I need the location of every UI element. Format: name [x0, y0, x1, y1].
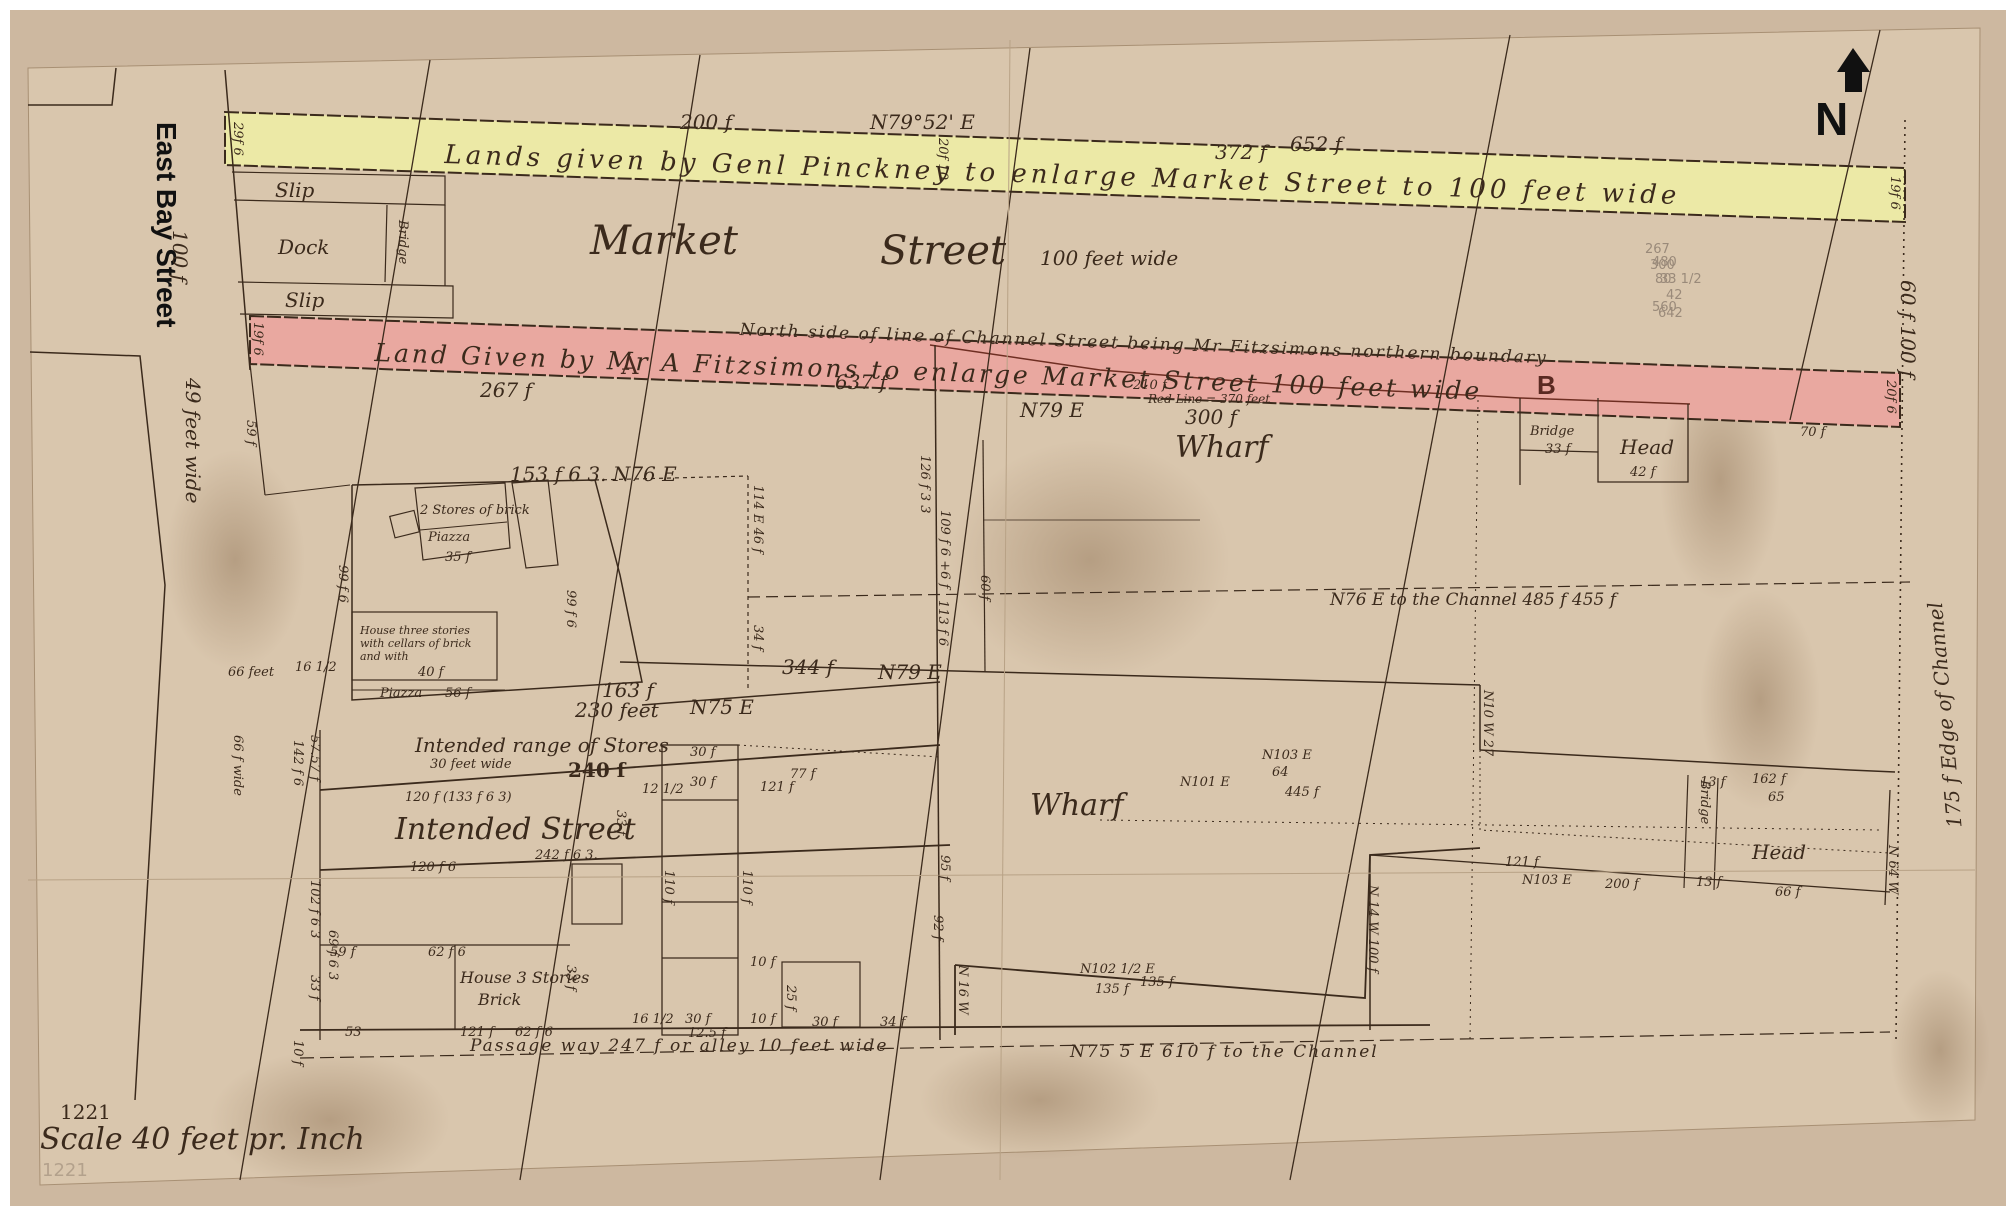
right-w13: 13 f [1700, 775, 1726, 790]
center-bearing-79: N79 E [878, 660, 942, 684]
dim-16: 16 1/2 [295, 660, 337, 675]
red-band-bearing: N79 E [1020, 398, 1084, 422]
house-lot-piazza2: Piazza [380, 686, 422, 701]
stores-len120b: 120 f 6 [410, 860, 456, 875]
right-n101: N101 E [1180, 775, 1230, 790]
stores-h110b: 110 f [739, 870, 754, 904]
channel-line-label: N76 E to the Channel 485 f 455 f [1330, 590, 1616, 610]
right-w42: 42 f [1630, 465, 1656, 480]
stores-w30b: 30 f [690, 775, 716, 790]
lower-w10: 10 f [750, 955, 776, 970]
center-v-113: 113 f 6 [935, 600, 950, 646]
house-lot-len230: 230 feet [575, 698, 659, 722]
lower-left-33: 33 f [307, 975, 322, 1001]
intended-street-label: Intended Street [395, 812, 636, 847]
red-band-width-right: 20f 6 [1883, 380, 1898, 414]
house-lot-store: 2 Stores of brick [420, 503, 530, 518]
lower-w34: 34 f [880, 1015, 906, 1030]
right-v-n16: N 16 W [955, 965, 970, 1015]
red-band-len-mid: 637 f [835, 370, 887, 394]
stores-len240: 240 f [568, 758, 625, 782]
lower-w62: 62 f 6 [428, 945, 466, 960]
stores-h110a: 110 f [661, 870, 676, 904]
house-lot-bearing: 153 f 6 3. N76 E [510, 462, 677, 486]
marker-a: A [621, 352, 638, 380]
red-band-len-left: 267 f [480, 378, 532, 402]
lower-w25: 25 f [783, 985, 798, 1011]
right-v-27: N10 W 27 [1480, 690, 1495, 756]
lower-brick: Brick [478, 990, 521, 1009]
north-label: N [1815, 92, 1848, 146]
street-width-label: 100 f [168, 230, 192, 282]
intended-range-label: Intended range of Stores [415, 733, 669, 757]
house-lot-w56: 56 f [445, 686, 471, 701]
right-len135: 135 f [1095, 982, 1129, 997]
right-len200: 200 f [1605, 877, 1639, 892]
market-street-right-note: 60 f 100 f [1896, 280, 1920, 378]
right-n103-bot: N103 E [1522, 873, 1572, 888]
red-line-note: Red Line = 370 feet [1148, 392, 1270, 406]
east-bay-width: 49 feet wide [181, 378, 205, 503]
market-street-note: 100 feet wide [1040, 246, 1178, 270]
pencil-sum-col2-0: 267 [1645, 242, 1670, 257]
stores-w12: 12 1/2 [642, 782, 684, 797]
marker-b: B [1537, 370, 1556, 401]
yellow-band-width-left: 29f 6 [230, 122, 245, 156]
lower-left-69: 69 f 6 3 [325, 930, 340, 980]
stores-w92: 92 f [930, 915, 945, 941]
center-v-34: 34 f [750, 625, 765, 651]
pencil-sum-col2-2: 33 1/2 [1660, 272, 1702, 287]
yellow-band-bearing: N79°52' E [870, 110, 975, 134]
lower-w53: 53 [345, 1025, 362, 1040]
lower-w33a: 33 f [563, 965, 578, 991]
dim-66-feet: 66 feet [228, 665, 274, 680]
right-head-label: Head [1620, 435, 1674, 459]
catalog-number: 1221 [60, 1100, 111, 1124]
right-n103-64: 64 [1272, 765, 1289, 780]
lower-w16: 16 1/2 [632, 1012, 674, 1027]
lower-w30: 30 f [685, 1012, 711, 1027]
center-v-114: 114 E 46 f [750, 485, 765, 553]
red-band-len-below: 300 f [1185, 405, 1237, 429]
house-lot-piazza1: Piazza [428, 530, 470, 545]
red-band-len-right: 210 f [1133, 378, 1167, 393]
right-v-n14: N 14 W 100 f [1365, 885, 1380, 972]
center-v-109: 109 f 6 +6 f [937, 510, 952, 588]
scale-note: Scale 40 feet pr. Inch [40, 1122, 365, 1157]
yellow-band-width-right: 19f 6 [1887, 176, 1902, 210]
right-len162: 162 f [1752, 772, 1786, 787]
slip-top-label: Slip [275, 178, 314, 202]
yellow-band-len-right: 652 f [1290, 132, 1342, 156]
house-lot-side: 99 f 6 [563, 590, 578, 628]
right-head2-label: Head [1752, 840, 1806, 864]
slip-bottom-label: Slip [285, 288, 324, 312]
dim-66-wide: 66 f wide [230, 735, 245, 796]
right-len65: 65 [1768, 790, 1785, 805]
pencil-sum-col2-1: 300 [1650, 258, 1675, 273]
house-lot-house: House three stories with cellars of bric… [360, 624, 495, 663]
stores-w30a: 30 f [690, 745, 716, 760]
right-bridge-label: Bridge [1530, 424, 1574, 439]
pencil-sum-col2-4: 642 [1658, 306, 1683, 321]
center-v-126: 126 f 3 3 [917, 455, 932, 514]
lower-w10b: 10 f [750, 1012, 776, 1027]
house-lot-bearing-s: N75 E [690, 695, 754, 719]
center-v-60: 60 f [977, 575, 992, 601]
alley-label: Passage way 247 f or alley 10 feet wide [470, 1036, 888, 1056]
stores-w95: 95 f [937, 855, 952, 881]
stores-len120: 120 f (133 f 6 3) [405, 790, 512, 805]
catalog-number-faint: 1221 [42, 1160, 88, 1181]
center-dim-344: 344 f [782, 655, 834, 679]
stores-w121: 121 f [760, 780, 794, 795]
lower-left-10: 10 f [290, 1040, 305, 1066]
market-street-word2: Street [880, 228, 1006, 274]
right-n103-top: N103 E [1262, 748, 1312, 763]
stores-w33: 33 f [613, 810, 628, 836]
red-band-width-left: 19f 6 [250, 322, 265, 356]
market-street-word1: Market [590, 218, 738, 264]
east-bay-street-label: East Bay Street [150, 122, 182, 327]
right-len445: 445 f [1285, 785, 1319, 800]
wharf-lower-label: Wharf [1030, 788, 1124, 823]
right-w33: 33 f [1545, 442, 1571, 457]
right-w70: 70 f [1800, 425, 1826, 440]
right-len66: 66 f [1775, 885, 1801, 900]
stores-w77: 77 f [790, 767, 816, 782]
dim-57: 57.57 f [307, 735, 322, 781]
dim-59: 59 f [243, 420, 258, 446]
right-w13b: 13 f [1696, 875, 1722, 890]
dock-label: Dock [278, 235, 329, 259]
lower-w30b: 30 f [812, 1015, 838, 1030]
right-len121: 121 f [1505, 855, 1539, 870]
right-len135b: 135 f [1140, 975, 1174, 990]
channel-bottom-label: N75 5 E 610 f to the Channel [1070, 1042, 1379, 1062]
pencil-sum-col2-3: 42 [1666, 288, 1683, 303]
house-lot-w40: 40 f [418, 665, 444, 680]
yellow-band-width-mid: 20f 10 [935, 138, 950, 180]
yellow-band-len-left: 200 f [680, 110, 732, 134]
lower-left-102: 102 f 6 3 [307, 880, 322, 939]
yellow-band-len-mid: 372 f [1215, 140, 1267, 164]
house-lot-w35: 35 f [445, 550, 471, 565]
range-width-label: 30 feet wide [430, 757, 512, 772]
right-v-n64: N 64 W [1885, 845, 1900, 895]
bridge-label-dock: Bridge [395, 220, 410, 264]
stores-len242: 242 f 6 3. [535, 848, 598, 863]
wharf-upper-label: Wharf [1175, 430, 1269, 465]
dim-142: 142 f 6 [290, 740, 305, 786]
house-lot-side-left: 99 f 6 [335, 565, 350, 603]
